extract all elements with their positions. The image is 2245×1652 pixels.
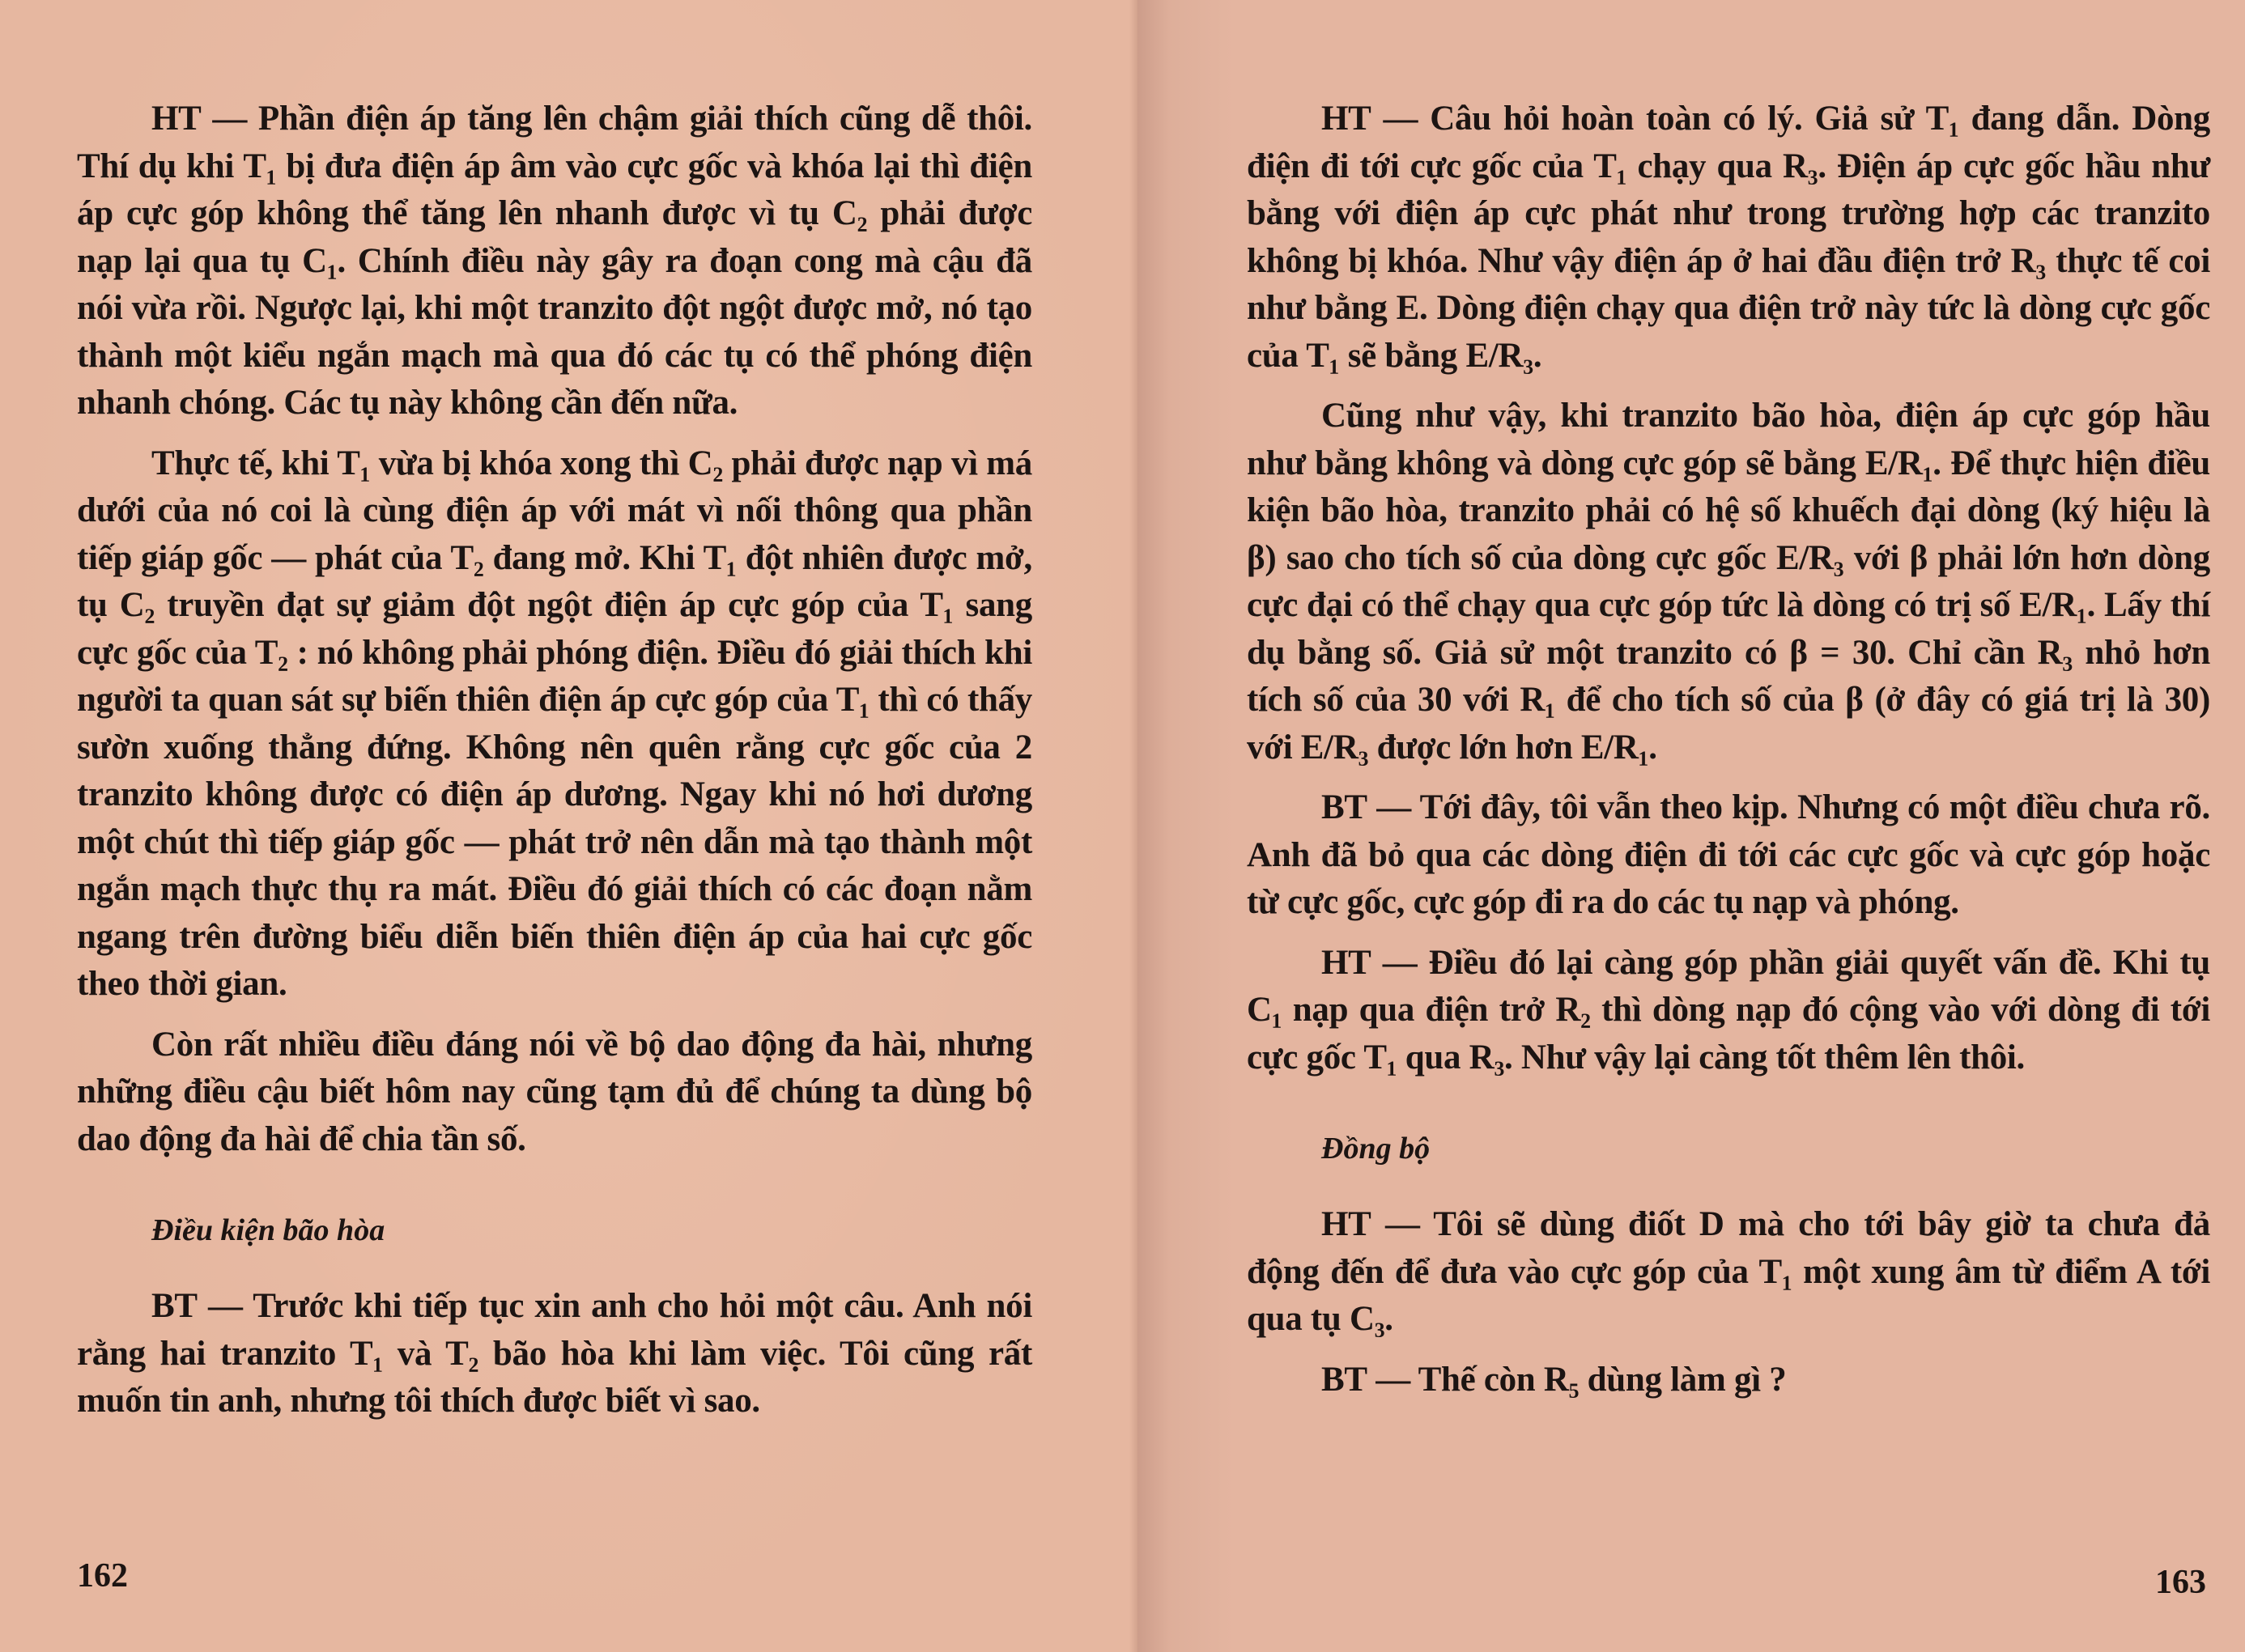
page-number: 162 <box>77 1556 128 1595</box>
left-page: HT — Phần điện áp tăng lên chậm giải thí… <box>0 0 1137 1652</box>
paragraph: Cũng như vậy, khi tranzito bão hòa, điện… <box>1247 393 2210 771</box>
speaker-label: BT <box>1321 788 1367 826</box>
paragraph: BT — Thế còn R₅ dùng làm gì ? <box>1247 1357 2210 1404</box>
paragraph-text: — Trước khi tiếp tục xin anh cho hỏi một… <box>77 1287 1032 1420</box>
paragraph: BT — Trước khi tiếp tục xin anh cho hỏi … <box>77 1283 1032 1425</box>
paragraph-text: Thực tế, khi T₁ vừa bị khóa xong thì C₂ … <box>77 444 1032 1004</box>
page-number: 163 <box>2155 1563 2206 1602</box>
book-spread: HT — Phần điện áp tăng lên chậm giải thí… <box>0 0 2245 1652</box>
paragraph: HT — Câu hỏi hoàn toàn có lý. Giả sử T₁ … <box>1247 96 2210 380</box>
section-heading: Điều kiện bão hòa <box>151 1210 1032 1251</box>
paragraph-text: — Phần điện áp tăng lên chậm giải thích … <box>77 100 1032 422</box>
paragraph-text: — Tới đây, tôi vẫn theo kịp. Nhưng có mộ… <box>1247 788 2210 921</box>
section-heading: Đồng bộ <box>1321 1128 2210 1169</box>
paragraph: HT — Tôi sẽ dùng điốt D mà cho tới bây g… <box>1247 1201 2210 1344</box>
speaker-label: HT <box>151 100 202 138</box>
paragraph: Còn rất nhiều điều đáng nói về bộ dao độ… <box>77 1021 1032 1164</box>
paragraph-text: — Câu hỏi hoàn toàn có lý. Giả sử T₁ đan… <box>1247 100 2210 375</box>
paragraph: HT — Phần điện áp tăng lên chậm giải thí… <box>77 96 1032 427</box>
paragraph: HT — Điều đó lại càng góp phần giải quyế… <box>1247 940 2210 1082</box>
speaker-label: BT <box>151 1287 198 1325</box>
speaker-label: HT <box>1321 944 1371 982</box>
right-page: HT — Câu hỏi hoàn toàn có lý. Giả sử T₁ … <box>1137 0 2245 1652</box>
paragraph-text: Cũng như vậy, khi tranzito bão hòa, điện… <box>1247 397 2210 767</box>
speaker-label: BT <box>1321 1361 1367 1399</box>
speaker-label: HT <box>1321 1205 1371 1243</box>
paragraph-text: — Điều đó lại càng góp phần giải quyết v… <box>1247 944 2210 1077</box>
paragraph-text: — Thế còn R₅ dùng làm gì ? <box>1367 1361 1787 1399</box>
paragraph-text: Còn rất nhiều điều đáng nói về bộ dao độ… <box>77 1026 1032 1158</box>
left-text-block: HT — Phần điện áp tăng lên chậm giải thí… <box>77 96 1032 1425</box>
paragraph-text: — Tôi sẽ dùng điốt D mà cho tới bây giờ … <box>1247 1205 2210 1338</box>
paragraph: Thực tế, khi T₁ vừa bị khóa xong thì C₂ … <box>77 440 1032 1009</box>
speaker-label: HT <box>1321 100 1371 138</box>
right-text-block: HT — Câu hỏi hoàn toàn có lý. Giả sử T₁ … <box>1247 96 2210 1404</box>
paragraph: BT — Tới đây, tôi vẫn theo kịp. Nhưng có… <box>1247 784 2210 927</box>
